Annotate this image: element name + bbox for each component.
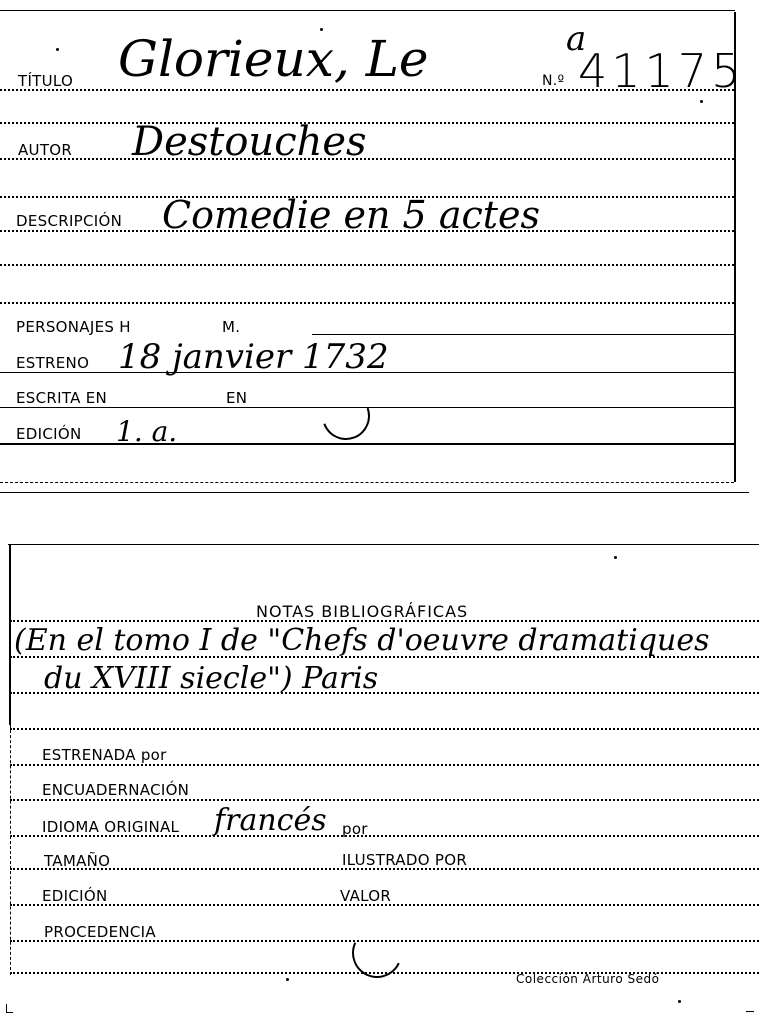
- estrenada-label: ESTRENADA por: [42, 748, 167, 763]
- blank-line: [10, 728, 759, 730]
- scan-speck: [320, 28, 323, 31]
- scan-speck: [700, 100, 703, 103]
- personajes-m-label: M.: [222, 320, 240, 335]
- edicion-bottom-line: [10, 904, 759, 906]
- edicion-bottom-label: EDICIÓN: [42, 889, 107, 904]
- escrita-en-label: EN: [226, 391, 247, 406]
- personajes-line: [312, 334, 734, 335]
- blank-line: [0, 482, 734, 483]
- notes-line-2: du XVIII siecle") Paris: [44, 664, 378, 694]
- card-bottom-left-border-lower: [10, 725, 11, 975]
- ilustrado-label: ILUSTRADO POR: [342, 853, 467, 868]
- idioma-value: francés: [214, 806, 327, 836]
- blank-line: [0, 264, 734, 266]
- scan-speck: [678, 1000, 681, 1003]
- autor-label: AUTOR: [18, 143, 72, 158]
- notes-rule-1: [10, 656, 759, 658]
- notes-rule-2: [10, 692, 759, 694]
- card-bottom-left-border: [9, 545, 11, 725]
- estreno-value: 18 janvier 1732: [118, 340, 389, 374]
- idioma-line: [10, 835, 759, 837]
- titulo-label: TÍTULO: [18, 74, 73, 89]
- stamp-mark: [345, 921, 409, 985]
- edicion-line: [0, 443, 734, 445]
- notes-line-1: (En el tomo I de "Chefs d'oeuvre dramati…: [14, 626, 710, 656]
- edicion-label: EDICIÓN: [16, 427, 81, 442]
- idioma-label: IDIOMA ORIGINAL: [42, 820, 179, 835]
- personajes-label: PERSONAJES H: [16, 320, 131, 335]
- escrita-label: ESCRITA EN: [16, 391, 107, 406]
- scan-speck: [56, 48, 59, 51]
- notas-line: [10, 620, 759, 622]
- descripcion-line: [0, 230, 734, 232]
- numero-label: N.º: [542, 74, 564, 88]
- encuadernacion-line: [10, 799, 759, 801]
- estreno-line: [0, 372, 734, 373]
- card-top-border: [0, 10, 735, 11]
- estrenada-line: [10, 764, 759, 766]
- corner-mark: [746, 1011, 754, 1012]
- tamano-line: [10, 868, 759, 870]
- encuadernacion-label: ENCUADERNACIÓN: [42, 783, 189, 798]
- descripcion-label: DESCRIPCIÓN: [16, 214, 122, 229]
- stamp-mark: [314, 384, 378, 448]
- titulo-value: Glorieux, Le: [118, 34, 429, 84]
- notas-heading: NOTAS BIBLIOGRÁFICAS: [256, 604, 468, 620]
- procedencia-label: PROCEDENCIA: [44, 925, 156, 940]
- titulo-line: [0, 89, 734, 91]
- descripcion-value: Comedie en 5 actes: [162, 196, 540, 234]
- scan-speck: [286, 978, 289, 981]
- tamano-label: TAMAÑO: [44, 854, 110, 869]
- autor-line: [0, 158, 734, 160]
- corner-mark: [6, 1004, 13, 1013]
- blank-line: [0, 302, 734, 304]
- blank-line: [0, 122, 734, 124]
- valor-label: VALOR: [340, 889, 391, 904]
- scan-speck: [614, 556, 617, 559]
- card-bottom-border: [8, 544, 759, 545]
- collection-footer: Colección Arturo Sedó: [516, 973, 659, 985]
- edicion-value: 1. a.: [116, 418, 177, 446]
- numero-value: 41175: [578, 48, 744, 94]
- card-top-bottom-edge: [0, 492, 749, 493]
- autor-value: Destouches: [132, 122, 367, 162]
- estreno-label: ESTRENO: [16, 356, 89, 371]
